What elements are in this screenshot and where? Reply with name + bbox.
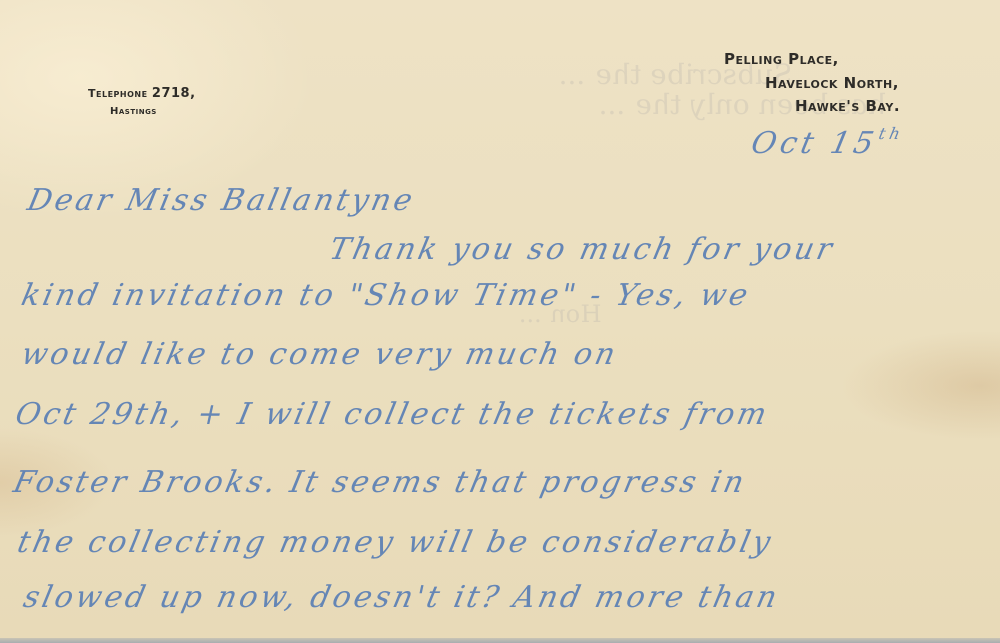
salutation: Dear Miss Ballantyne (24, 183, 418, 218)
telephone-label: Telephone (88, 87, 148, 100)
letterhead-telephone: Telephone 2718, (88, 86, 196, 101)
body-line: the collecting money will be considerabl… (14, 525, 776, 560)
letterhead-address-line1: Pelling Place, (724, 50, 839, 68)
letterhead-address-line2: Havelock North, (765, 74, 899, 92)
body-line: slowed up now, doesn't it? And more than (20, 580, 783, 615)
body-line: Foster Brooks. It seems that progress in (10, 465, 750, 500)
body-line: would like to come very much on (18, 337, 621, 372)
date-suffix: th (877, 124, 906, 143)
body-line: Thank you so much for your (326, 232, 838, 267)
body-line: Oct 29th, + I will collect the tickets f… (12, 397, 772, 432)
letter-date: Oct 15th (748, 124, 906, 161)
telephone-number: 2718, (152, 86, 196, 101)
body-line: kind invitation to "Show Time" - Yes, we (18, 278, 754, 313)
date-text: Oct 15 (748, 126, 881, 161)
letterhead-exchange: Hastings (110, 106, 157, 117)
letterhead-address-line3: Hawke's Bay. (795, 97, 900, 115)
paper-bottom-edge (0, 638, 1000, 643)
